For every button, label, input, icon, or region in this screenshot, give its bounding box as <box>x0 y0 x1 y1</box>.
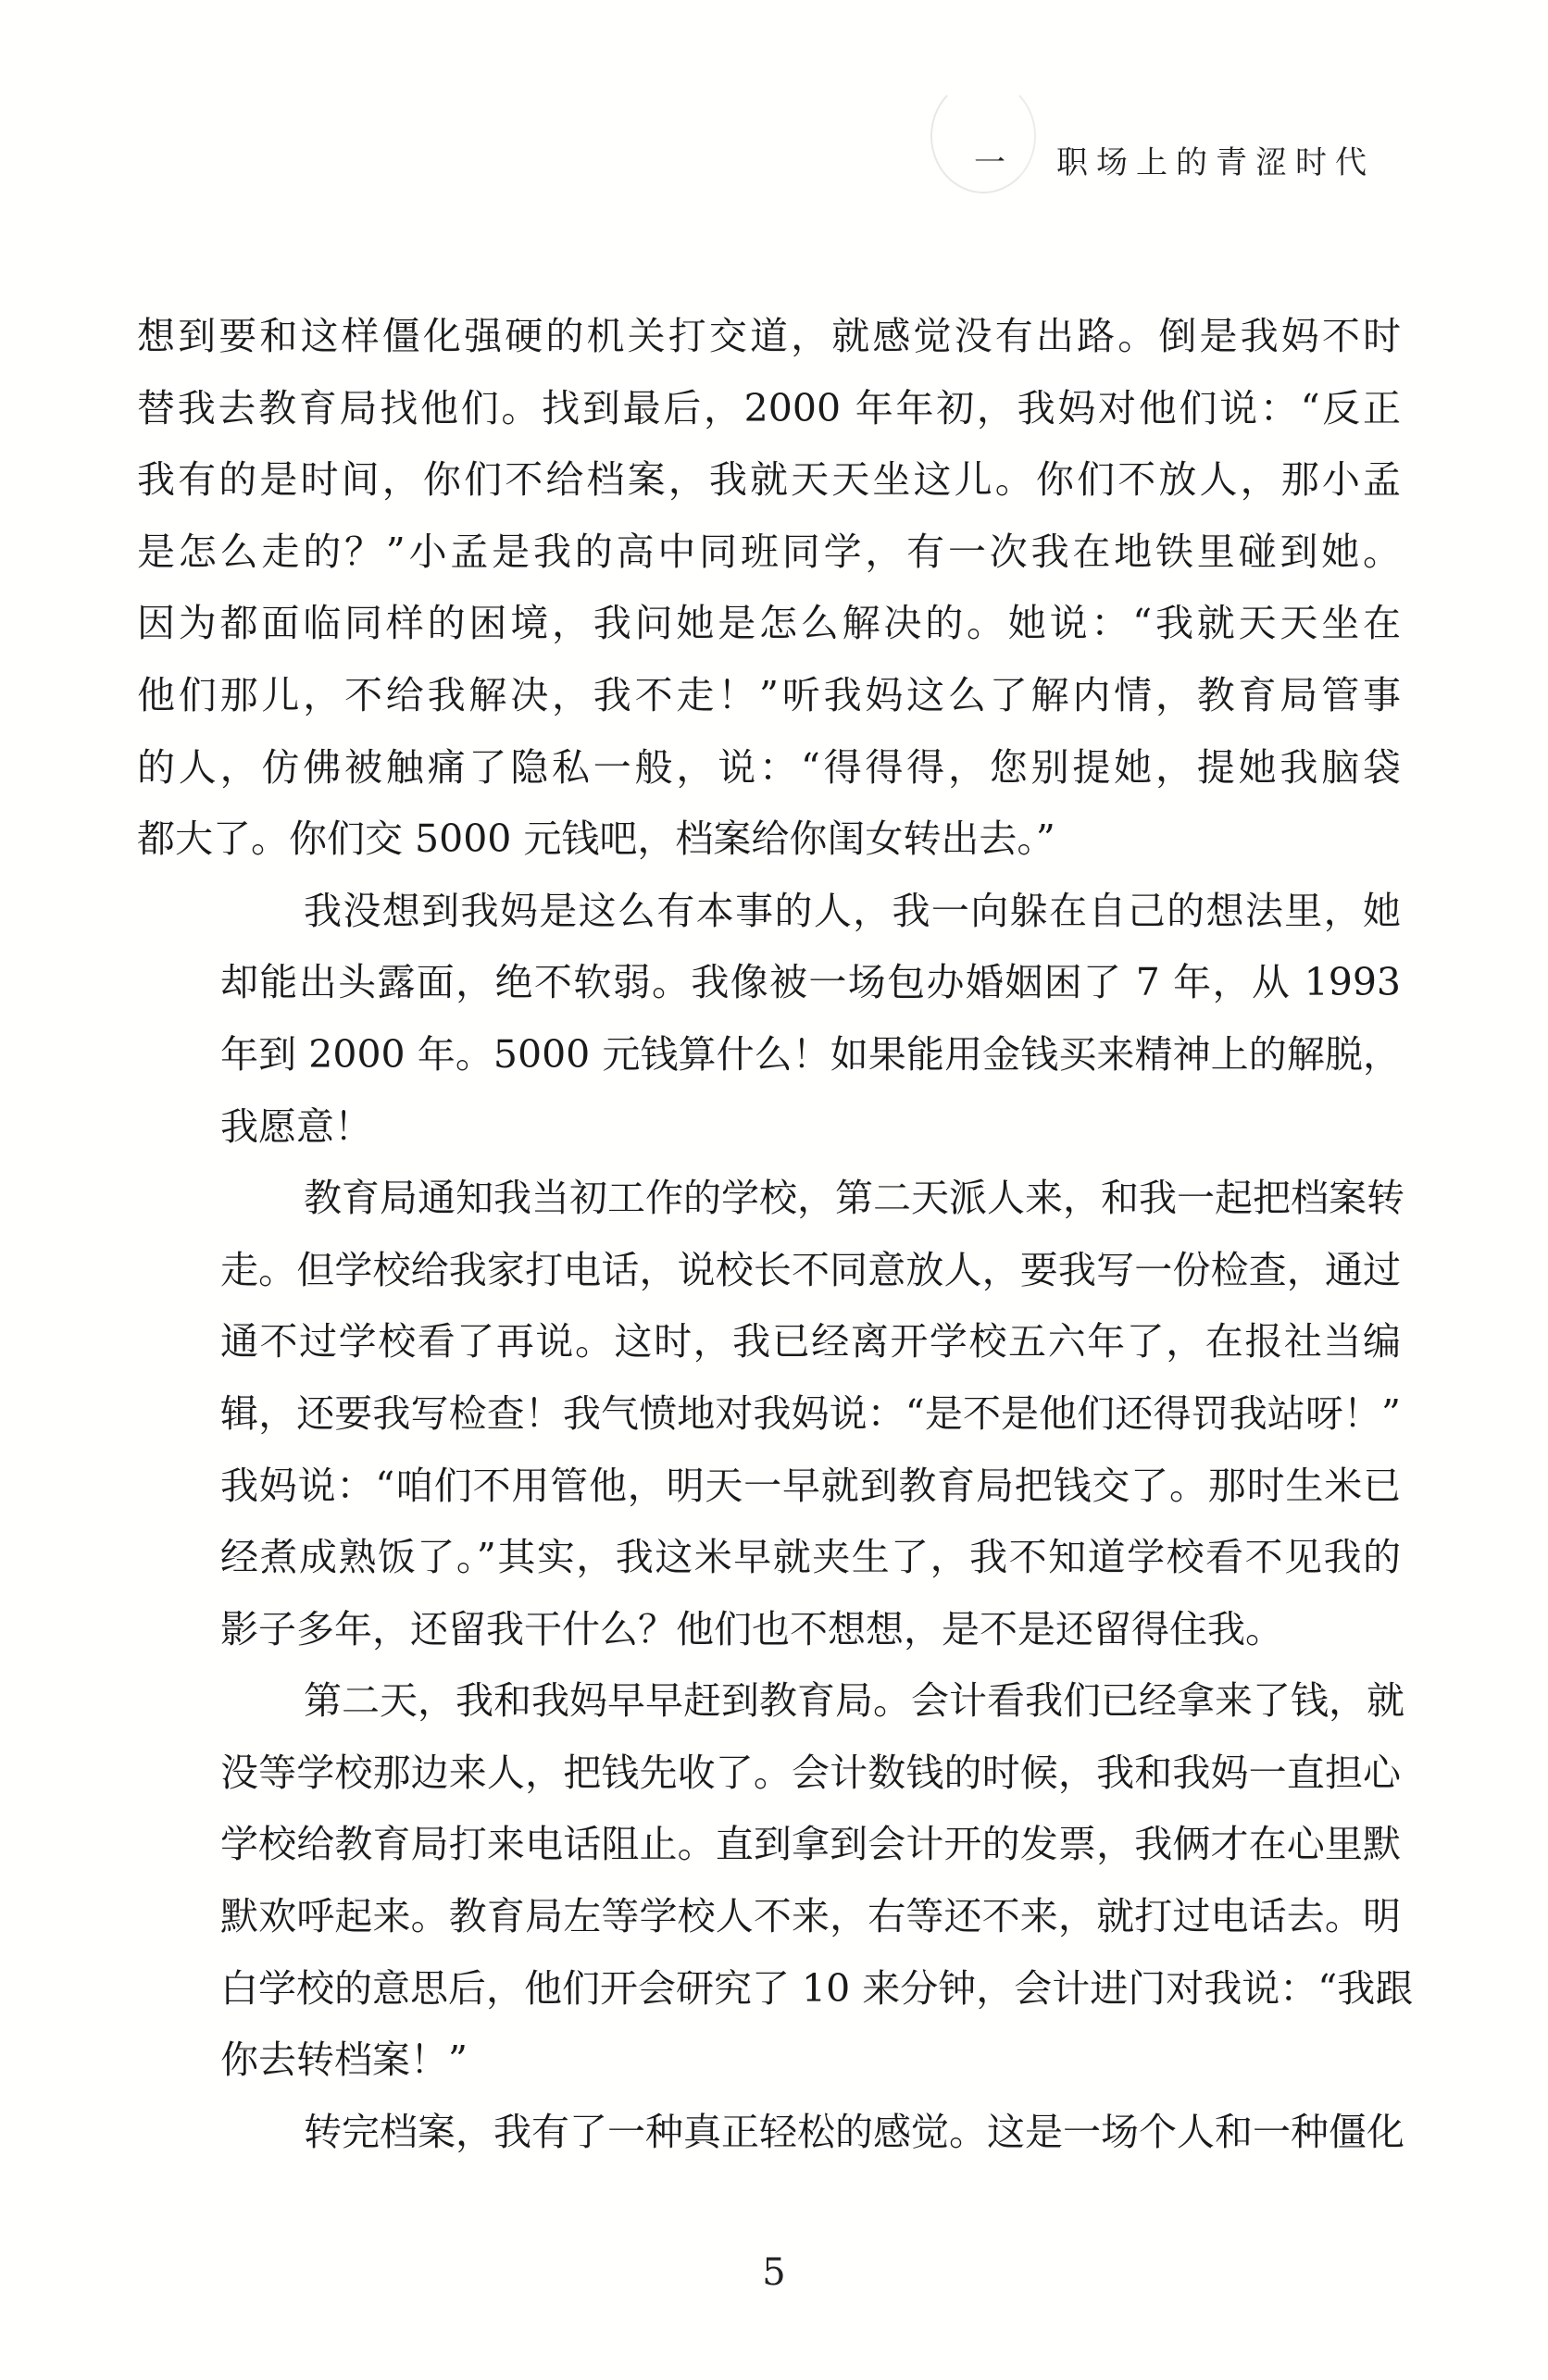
text-line: 白学校的意思后，他们开会研究了 10 来分钟，会计进门对我说：“我跟 <box>137 1953 1401 2025</box>
chapter-number: 一 <box>974 144 1014 181</box>
text-line: 你去转档案！” <box>137 2025 1401 2097</box>
paragraph: 第二天，我和我妈早早赶到教育局。会计看我们已经拿来了钱，就 没等学校那边来人，把… <box>137 1665 1401 2097</box>
running-header: 一职场上的青涩时代 <box>974 137 1375 182</box>
text-line: 我愿意！ <box>137 1091 1401 1164</box>
body-text: 想到要和这样僵化强硬的机关打交道，就感觉没有出路。倒是我妈不时 替我去教育局找他… <box>137 301 1401 2168</box>
text-line: 通不过学校看了再说。这时，我已经离开学校五六年了，在报社当编 <box>137 1306 1401 1378</box>
text-line: 第二天，我和我妈早早赶到教育局。会计看我们已经拿来了钱，就 <box>137 1665 1401 1738</box>
text-line: 替我去教育局找他们。找到最后，2000 年年初，我妈对他们说：“反正 <box>137 373 1401 445</box>
text-line: 却能出头露面，绝不软弱。我像被一场包办婚姻困了 7 年，从 1993 <box>137 947 1401 1019</box>
text-line: 走。但学校给我家打电话，说校长不同意放人，要我写一份检查，通过 <box>137 1235 1401 1307</box>
paragraph: 我没想到我妈是这么有本事的人，我一向躲在自己的想法里，她 却能出头露面，绝不软弱… <box>137 876 1401 1163</box>
text-line: 年到 2000 年。5000 元钱算什么！如果能用金钱买来精神上的解脱， <box>137 1019 1401 1091</box>
text-line: 学校给教育局打来电话阻止。直到拿到会计开的发票，我俩才在心里默 <box>137 1809 1401 1881</box>
text-line: 都大了。你们交 5000 元钱吧，档案给你闺女转出去。” <box>137 804 1401 876</box>
text-line: 默欢呼起来。教育局左等学校人不来，右等还不来，就打过电话去。明 <box>137 1881 1401 1953</box>
text-line: 他们那儿，不给我解决，我不走！”听我妈这么了解内情，教育局管事 <box>137 660 1401 732</box>
paragraph: 转完档案，我有了一种真正轻松的感觉。这是一场个人和一种僵化 <box>137 2097 1401 2169</box>
text-line: 我没想到我妈是这么有本事的人，我一向躲在自己的想法里，她 <box>137 876 1401 948</box>
page-number: 5 <box>0 2251 1548 2294</box>
text-line: 影子多年，还留我干什么？他们也不想想，是不是还留得住我。 <box>137 1594 1401 1666</box>
text-line: 经煮成熟饭了。”其实，我这米早就夹生了，我不知道学校看不见我的 <box>137 1522 1401 1594</box>
text-line: 没等学校那边来人，把钱先收了。会计数钱的时候，我和我妈一直担心 <box>137 1738 1401 1810</box>
text-line: 辑，还要我写检查！我气愤地对我妈说：“是不是他们还得罚我站呀！” <box>137 1378 1401 1451</box>
text-line: 我有的是时间，你们不给档案，我就天天坐这儿。你们不放人，那小孟 <box>137 444 1401 517</box>
paragraph: 教育局通知我当初工作的学校，第二天派人来，和我一起把档案转 走。但学校给我家打电… <box>137 1163 1401 1665</box>
text-line: 转完档案，我有了一种真正轻松的感觉。这是一场个人和一种僵化 <box>137 2097 1401 2169</box>
text-line: 的人，仿佛被触痛了隐私一般，说：“得得得，您别提她，提她我脑袋 <box>137 732 1401 804</box>
text-line: 是怎么走的？”小孟是我的高中同班同学，有一次我在地铁里碰到她。 <box>137 517 1401 589</box>
text-line: 想到要和这样僵化强硬的机关打交道，就感觉没有出路。倒是我妈不时 <box>137 301 1401 373</box>
chapter-title: 职场上的青涩时代 <box>1056 144 1375 181</box>
paragraph: 想到要和这样僵化强硬的机关打交道，就感觉没有出路。倒是我妈不时 替我去教育局找他… <box>137 301 1401 876</box>
text-line: 因为都面临同样的困境，我问她是怎么解决的。她说：“我就天天坐在 <box>137 588 1401 660</box>
text-line: 教育局通知我当初工作的学校，第二天派人来，和我一起把档案转 <box>137 1163 1401 1235</box>
text-line: 我妈说：“咱们不用管他，明天一早就到教育局把钱交了。那时生米已 <box>137 1451 1401 1523</box>
